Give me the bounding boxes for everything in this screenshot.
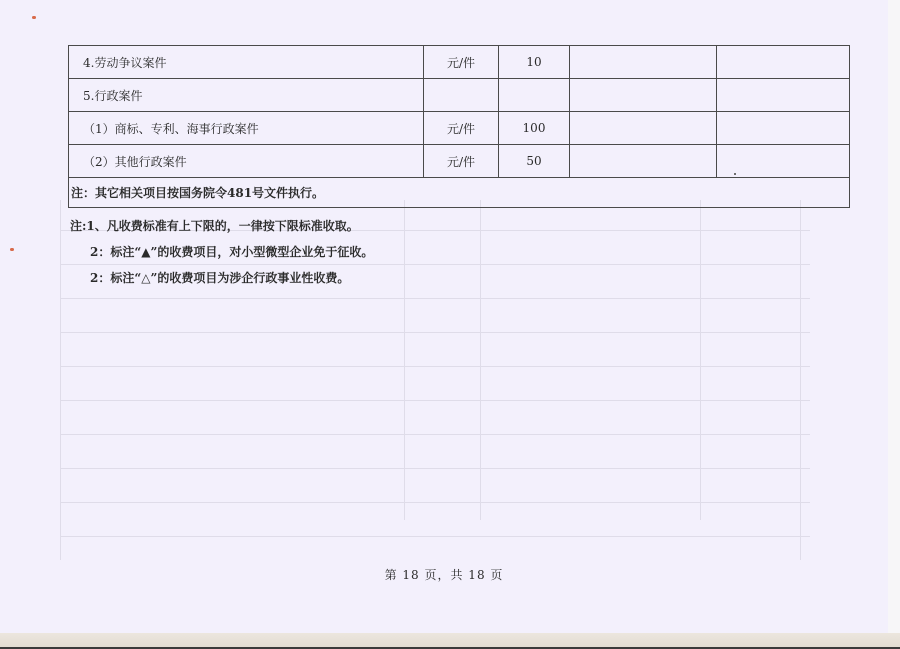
item-unit bbox=[424, 79, 499, 112]
item-standard bbox=[499, 79, 570, 112]
item-unit: 元/件 bbox=[424, 46, 499, 79]
item-col4 bbox=[570, 145, 717, 178]
item-name: （2）其他行政案件 bbox=[69, 145, 424, 178]
footnotes: 注:1、凡收费标准有上下限的，一律按下限标准收取。 2：标注“▲”的收费项目，对… bbox=[70, 213, 373, 291]
item-name: 4.劳动争议案件 bbox=[69, 46, 424, 79]
footnote-3: 2：标注“△”的收费项目为涉企行政事业性收费。 bbox=[70, 265, 373, 291]
table-row: （1）商标、专利、海事行政案件 元/件 100 bbox=[69, 112, 850, 145]
item-col4 bbox=[570, 46, 717, 79]
item-standard: 50 bbox=[499, 145, 570, 178]
scan-dot bbox=[734, 173, 736, 175]
table-row: （2）其他行政案件 元/件 50 bbox=[69, 145, 850, 178]
item-col5 bbox=[717, 112, 850, 145]
item-unit: 元/件 bbox=[424, 145, 499, 178]
table-note: 注：其它相关项目按国务院令481号文件执行。 bbox=[69, 178, 850, 208]
table-row: 5.行政案件 bbox=[69, 79, 850, 112]
scan-speck bbox=[32, 16, 36, 19]
footnote-1: 注:1、凡收费标准有上下限的，一律按下限标准收取。 bbox=[70, 213, 373, 239]
document-page: 4.劳动争议案件 元/件 10 5.行政案件 （1）商标、专利、海事行政案件 元… bbox=[0, 0, 889, 633]
item-col4 bbox=[570, 79, 717, 112]
item-name: 5.行政案件 bbox=[69, 79, 424, 112]
table-row: 4.劳动争议案件 元/件 10 bbox=[69, 46, 850, 79]
item-col4 bbox=[570, 112, 717, 145]
scan-margin-bottom bbox=[0, 633, 900, 647]
item-unit: 元/件 bbox=[424, 112, 499, 145]
item-col5 bbox=[717, 145, 850, 178]
item-standard: 10 bbox=[499, 46, 570, 79]
scan-margin-right bbox=[888, 0, 900, 633]
item-name: （1）商标、专利、海事行政案件 bbox=[69, 112, 424, 145]
item-standard: 100 bbox=[499, 112, 570, 145]
page-number: 第 18 页，共 18 页 bbox=[0, 566, 888, 583]
fee-table: 4.劳动争议案件 元/件 10 5.行政案件 （1）商标、专利、海事行政案件 元… bbox=[68, 45, 850, 208]
table-note-row: 注：其它相关项目按国务院令481号文件执行。 bbox=[69, 178, 850, 208]
footnote-2: 2：标注“▲”的收费项目，对小型微型企业免于征收。 bbox=[70, 239, 373, 265]
item-col5 bbox=[717, 79, 850, 112]
item-col5 bbox=[717, 46, 850, 79]
scan-speck bbox=[10, 248, 14, 251]
